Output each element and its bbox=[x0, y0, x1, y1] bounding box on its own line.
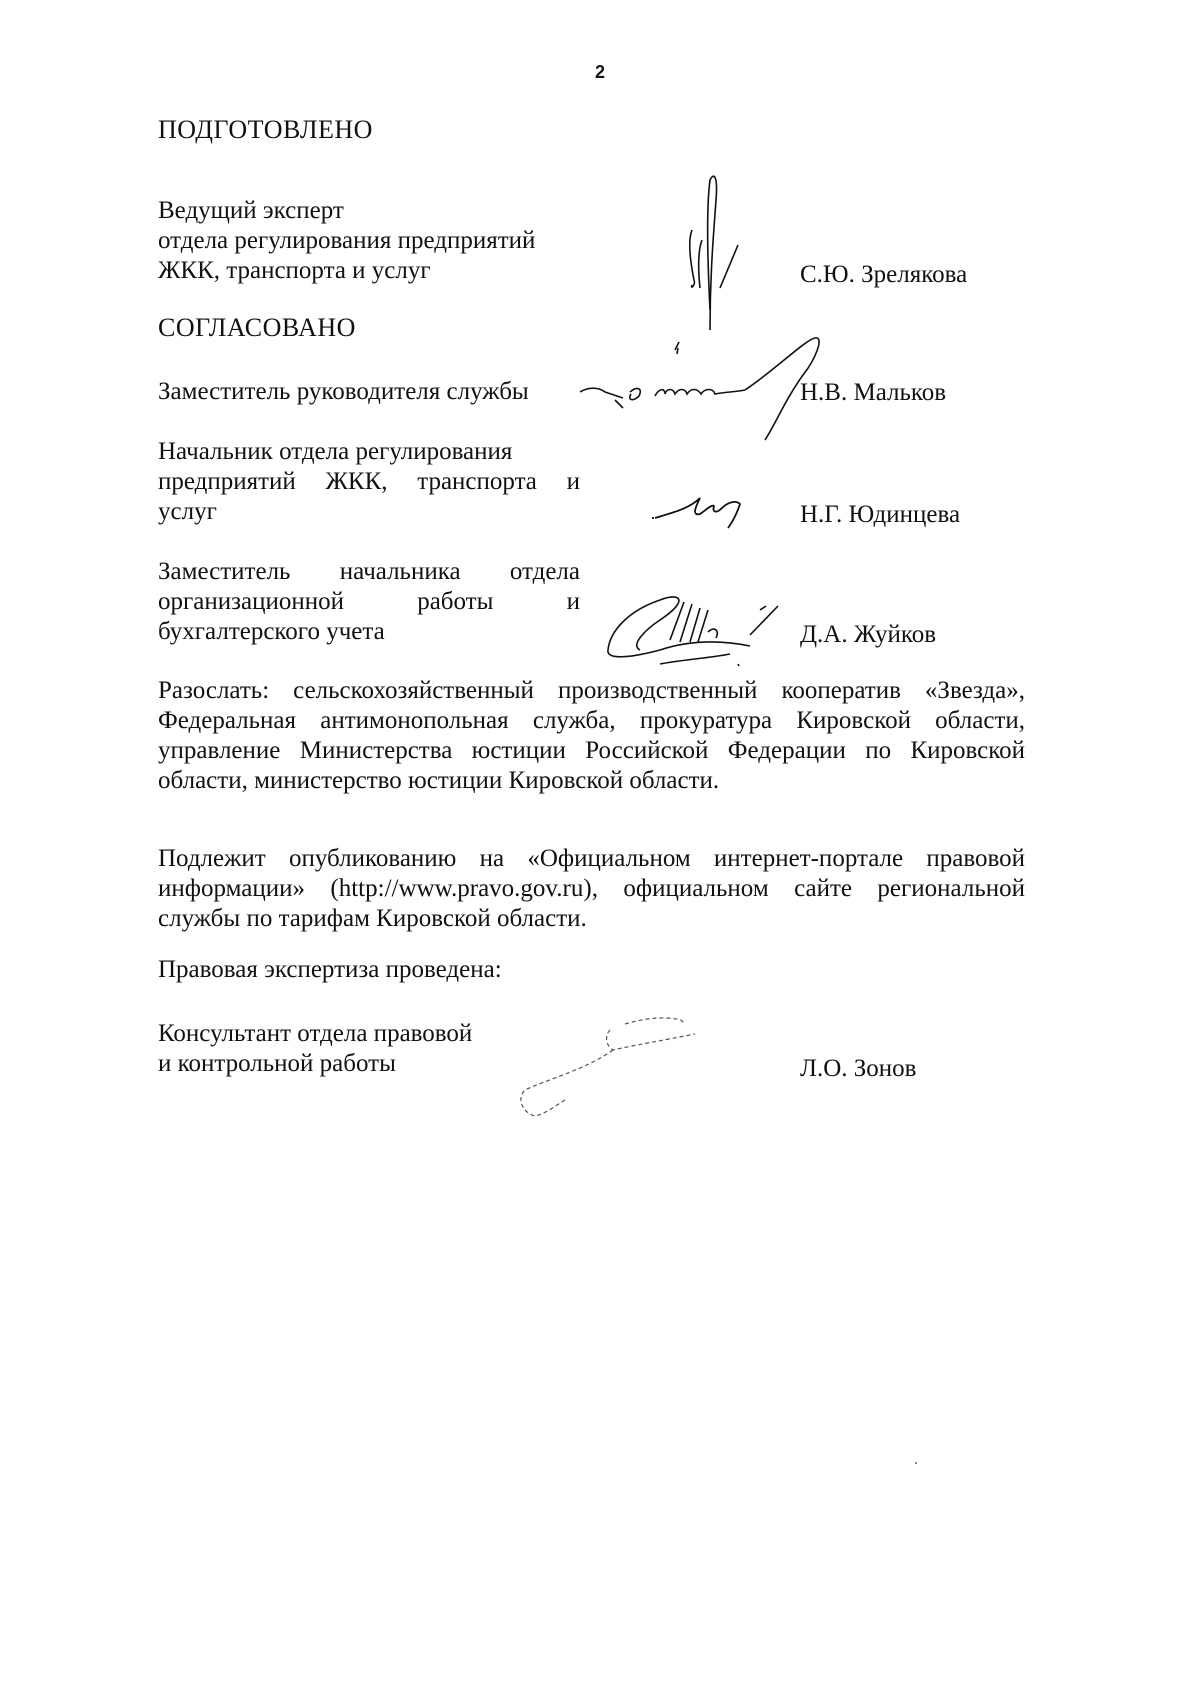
distribution-line-1: Разослать: сельскохозяйственный производ… bbox=[158, 676, 1025, 706]
page-number: 2 bbox=[0, 62, 1200, 83]
legal-review-heading: Правовая экспертиза проведена: bbox=[158, 955, 502, 985]
signature-icon bbox=[680, 170, 760, 335]
agreed-signer-2-position-line-2-text: предприятий ЖКК, транспорта и bbox=[158, 467, 580, 497]
publication-line-3: службы по тарифам Кировской области. bbox=[158, 904, 1025, 934]
prepared-position-line-2: отдела регулирования предприятий bbox=[158, 226, 535, 256]
distribution-paragraph: Разослать: сельскохозяйственный производ… bbox=[158, 676, 1025, 796]
legal-review-signer-name: Л.О. Зонов bbox=[800, 1054, 916, 1084]
distribution-line-2: Федеральная антимонопольная служба, прок… bbox=[158, 706, 1025, 736]
legal-review-position-line-2: и контрольной работы bbox=[158, 1049, 396, 1079]
signature-icon bbox=[505, 1010, 705, 1125]
agreed-signer-3-position-line-1: Заместитель начальника отдела bbox=[158, 557, 580, 587]
agreed-heading: СОГЛАСОВАНО bbox=[158, 313, 356, 343]
distribution-line-3: управление Министерства юстиции Российск… bbox=[158, 736, 1025, 766]
prepared-heading: ПОДГОТОВЛЕНО bbox=[158, 115, 373, 145]
signature-icon bbox=[650, 490, 770, 545]
prepared-position-line-3: ЖКК, транспорта и услуг bbox=[158, 256, 431, 286]
distribution-line-4: области, министерство юстиции Кировской … bbox=[158, 766, 1025, 796]
publication-paragraph: Подлежит опубликованию на «Официальном и… bbox=[158, 844, 1025, 934]
agreed-signer-2-position-line-1: Начальник отдела регулирования bbox=[158, 437, 512, 467]
prepared-signer-name: С.Ю. Зрелякова bbox=[800, 260, 967, 290]
signature-icon bbox=[575, 330, 835, 465]
agreed-signer-2-position-line-3: услуг bbox=[158, 497, 217, 527]
agreed-signer-3-position-line-3: бухгалтерского учета bbox=[158, 617, 385, 647]
agreed-signer-2-name: Н.Г. Юдинцева bbox=[800, 500, 960, 530]
agreed-signer-3-position-line-2: организационной работы и bbox=[158, 587, 580, 617]
publication-line-2: информации» (http://www.pravo.gov.ru), о… bbox=[158, 874, 1025, 904]
agreed-signer-3-position-line-2-text: организационной работы и bbox=[158, 587, 580, 617]
publication-line-1: Подлежит опубликованию на «Официальном и… bbox=[158, 844, 1025, 874]
scan-speck bbox=[915, 1452, 918, 1470]
legal-review-position-line-1: Консультант отдела правовой bbox=[158, 1019, 472, 1049]
prepared-position-line-1: Ведущий эксперт bbox=[158, 196, 344, 226]
agreed-signer-3-position-line-1-text: Заместитель начальника отдела bbox=[158, 557, 580, 587]
agreed-signer-2-position-line-2: предприятий ЖКК, транспорта и bbox=[158, 467, 580, 497]
agreed-signer-3-name: Д.А. Жуйков bbox=[800, 620, 936, 650]
agreed-signer-1-position: Заместитель руководителя службы bbox=[158, 377, 529, 407]
